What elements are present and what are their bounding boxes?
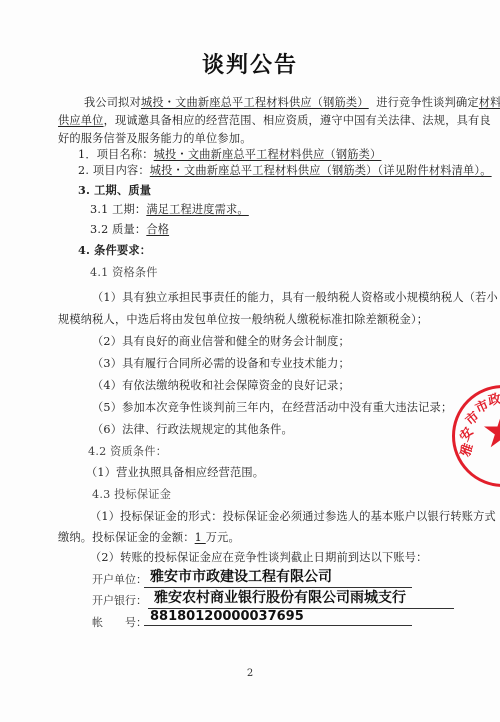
bank-name-label: 开户银行： [92, 592, 147, 608]
seal-text: 雅 [454, 440, 476, 459]
intro-text: 进行竞争性谈判确定 [376, 96, 479, 109]
company-seal: ★ 雅 安 市 市 政 建 [452, 385, 500, 487]
intro-line-1: 我公司拟对城投・文曲新座总平工程材料供应（钢筋类） 进行竞争性谈判确定材料 [84, 96, 500, 110]
item-value: 城投・文曲新座总平工程材料供应（钢筋类） [154, 148, 382, 161]
subsection-heading: 4.1 资格条件 [90, 266, 158, 280]
item-value: 城投・文曲新座总平工程材料供应（钢筋类）（详见附件材料清单）。 [150, 164, 492, 177]
page-number: 2 [0, 668, 500, 679]
bank-name-value: 雅安农村商业银行股份有限公司雨城支行 [148, 587, 454, 609]
qualification-item: （2）具有良好的商业信誉和健全的财务会计制度； [92, 335, 350, 349]
intro-text: 我公司拟对 [84, 96, 141, 109]
section-heading: 4. 条件要求： [78, 243, 151, 257]
item-label: 3.2 质量： [90, 223, 146, 236]
project-name-item: 1．项目名称：城投・文曲新座总平工程材料供应（钢筋类） [78, 148, 381, 162]
item-value: 满足工程进度需求。 [146, 203, 249, 216]
seal-text: 政 [486, 388, 500, 409]
account-number-value: 88180120000037695 [144, 609, 412, 626]
subsection-heading: 4.3 投标保证金 [92, 488, 171, 502]
qualification-item: （3）具有履行合同所必需的设备和专业技术能力； [92, 357, 350, 371]
deposit-amount-line: 缴纳。投标保证金的金额：1 万元。 [58, 531, 240, 545]
deposit-text: 缴纳。投标保证金的金额： [58, 531, 195, 544]
deposit-unit: 万元。 [206, 531, 240, 544]
item-label: 3.1 工期： [90, 203, 146, 216]
account-number-label: 帐 号： [92, 614, 147, 630]
page-title: 谈判公告 [0, 48, 500, 79]
intro-line-2: 供应单位，现诚邀具备相应的经营范围、相应资质，遵守中国有关法律、法规，具有良 [58, 114, 491, 128]
account-unit-value: 雅安市市政建设工程有限公司 [144, 566, 412, 588]
intro-text: ，现诚邀具备相应的经营范围、相应资质，遵守中国有关法律、法规，具有良 [104, 114, 491, 127]
supply-unit-inline: 材料 [479, 96, 500, 109]
deposit-item: （2）转账的投标保证金应在竞争性谈判截止日期前到达以下账号： [90, 551, 428, 565]
quality-item: 3.2 质量：合格 [90, 223, 169, 237]
qualification-item: （5）参加本次竞争性谈判前三年内，在经营活动中没有重大违法记录； [92, 401, 452, 415]
deposit-item: （1）投标保证金的形式：投标保证金必须通过参选人的基本账户以银行转账方式 [90, 510, 496, 524]
qualification-item: （1）营业执照具备相应经营范围。 [86, 466, 264, 480]
qualification-item: 规模纳税人，中选后将由发包单位按一般纳税人缴税标准扣除差额税金）； [58, 313, 428, 327]
qualification-item: （4）有依法缴纳税收和社会保障资金的良好记录； [92, 379, 350, 393]
item-value: 合格 [146, 223, 169, 236]
account-unit-label: 开户单位： [92, 571, 147, 587]
duration-item: 3.1 工期：满足工程进度需求。 [90, 203, 249, 217]
section-heading: 3. 工期、质量 [78, 183, 151, 197]
subsection-heading: 4.2 资质条件： [88, 445, 167, 459]
project-name-inline: 城投・文曲新座总平工程材料供应（钢筋类） [141, 96, 369, 109]
intro-line-3: 好的服务信誉及服务能力的单位参加。 [58, 132, 252, 146]
item-label: 1．项目名称： [78, 148, 154, 161]
qualification-item: （6）法律、行政法规规定的其他条件。 [92, 423, 293, 437]
deposit-amount: 1 [195, 531, 202, 544]
item-label: 2. 项目内容： [78, 164, 150, 177]
qualification-item: （1）具有独立承担民事责任的能力，具有一般纳税人资格或小规模纳税人（若小 [92, 291, 498, 305]
project-content-item: 2. 项目内容：城投・文曲新座总平工程材料供应（钢筋类）（详见附件材料清单）。 [78, 164, 492, 178]
supply-unit-inline: 供应单位 [58, 114, 104, 127]
